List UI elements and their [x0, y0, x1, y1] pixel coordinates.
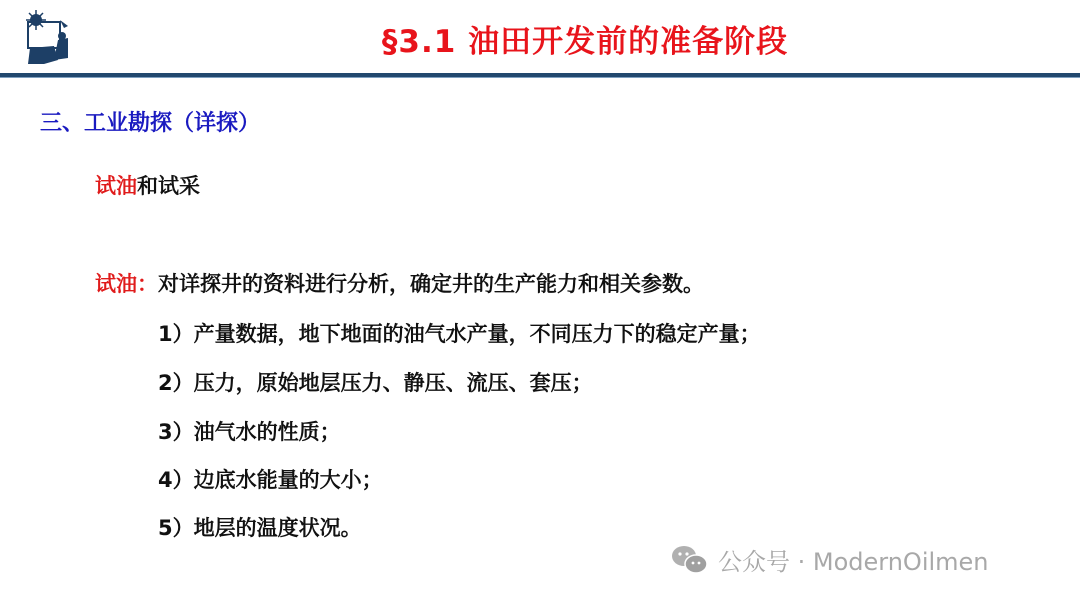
subtitle: 试油和试采 — [95, 170, 200, 200]
subtitle-highlight: 试油 — [95, 174, 137, 198]
wechat-icon — [670, 544, 710, 576]
list-item: 5）地层的温度状况。 — [158, 512, 362, 542]
slide-title: §3.1 油田开发前的准备阶段 — [0, 16, 1080, 61]
section-heading: 三、工业勘探（详探） — [40, 106, 260, 137]
subtitle-rest: 和试采 — [137, 174, 200, 198]
header-divider-highlight — [0, 77, 1080, 78]
watermark: 公众号 · ModernOilmen — [670, 542, 989, 577]
list-item: 3）油气水的性质； — [158, 416, 341, 446]
list-item: 2）压力，原始地层压力、静压、流压、套压； — [158, 367, 593, 397]
list-item: 4）边底水能量的大小； — [158, 464, 383, 494]
list-item: 1）产量数据，地下地面的油气水产量，不同压力下的稳定产量； — [158, 318, 761, 348]
watermark-text: 公众号 · ModernOilmen — [718, 542, 989, 577]
definition-text: 对详探井的资料进行分析，确定井的生产能力和相关参数。 — [158, 272, 704, 296]
definition-line: 试油：对详探井的资料进行分析，确定井的生产能力和相关参数。 — [95, 268, 704, 298]
definition-label: 试油： — [95, 272, 158, 296]
